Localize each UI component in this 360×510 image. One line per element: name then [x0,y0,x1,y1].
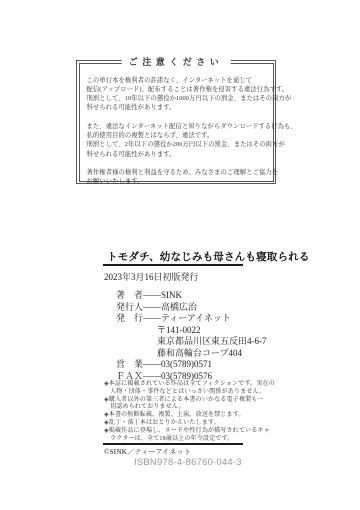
warning-text-line: 科せられる可能性があります。 [87,150,266,159]
warning-text-line: この単行本を権利者の許諾なく、インターネットを通じて [87,76,266,85]
colophon-row-address-line1: 東京都品川区東五反田4-6-7 [116,336,267,348]
colophon-row-publisher-person: 発行人――高橋広治 [116,302,267,314]
copyright-line: ©SINK／ティーアイネット [104,447,191,457]
book-title: トモダチ、幼なじみも母さんも寝取られる [107,249,310,264]
note-line: ◈本書の無断転載、複製、上演、放送を禁じます。 [104,412,275,420]
edition-date: 2023年3月16日初版発行 [104,270,199,283]
warning-text-line: 刑罰として、10年以下の懲役か1000万円以下の罰金、またはその両方が [87,94,266,103]
divider-rule-bottom [103,443,243,445]
isbn-number: ISBN978-4-86760-044-3 [134,457,242,468]
warning-text-line: 科せられる可能性があります。 [87,103,266,112]
note-line: ◈乱丁・落丁本はおとりかえいたします。 [104,420,275,428]
colophon-row-address-line2: 藤和高輪台コープ404 [116,348,267,360]
disclaimer-notes: ◈本誌に掲載されている作品は全てフィクションです。実在の 人物・団体・事件などと… [104,381,275,443]
warning-text-line: お願いいたします。 [87,177,266,186]
colophon-row-publisher: 発 行――ティーアイネット [116,313,267,325]
copyright-warning-box: ご注意ください この単行本を権利者の許諾なく、インターネットを通じて 配信(アッ… [76,60,276,184]
note-line: ◈本誌に掲載されている作品は全てフィクションです。実在の [104,381,275,389]
warning-box-title: ご注意ください [122,55,231,68]
warning-text-line: 配信(アップロード)、配布することは著作権を侵害する違法行為です。 [87,85,266,94]
colophon-row-author: 著 者――SINK [116,290,267,302]
warning-text-line: また、違法なインターネット配信と知りながらダウンロードする行為も、 [87,122,266,131]
colophon-row-sales-phone: 営 業――03(5789)0571 [116,359,267,371]
colophon-block: 著 者――SINK 発行人――高橋広治 発 行――ティーアイネット 〒141-0… [116,290,267,382]
warning-text-line: 私的使用目的の複製とはならず、違法です。 [87,131,266,140]
warning-box-body: この単行本を権利者の許諾なく、インターネットを通じて 配信(アップロード)、配布… [79,63,274,182]
warning-text-line: 著作権者様の権利と利益を守るため、みなさまのご理解とご協力を [87,168,266,177]
paragraph-gap [87,113,266,122]
note-line: 人物・団体・事件などとはいっさい関係がありません。 [104,389,275,397]
divider-rule-top [103,264,243,266]
note-line: ◈掲載作品に登場し、ヌードや性行為が描写されているキャ [104,428,275,436]
colophon-row-postal-code: 〒141-0022 [116,325,267,337]
paragraph-gap [87,159,266,168]
warning-text-line: 刑罰として、2年以下の懲役か200万円以下の罰金、またはその両方が [87,140,266,149]
